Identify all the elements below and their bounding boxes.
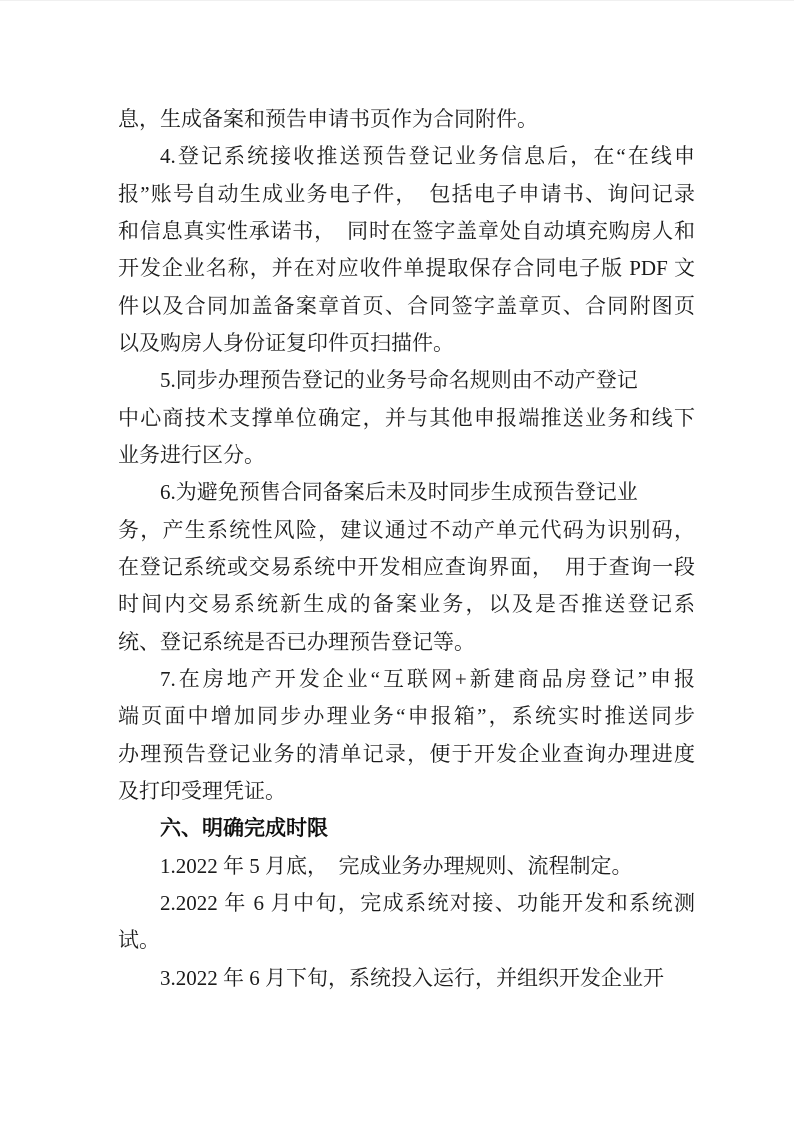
document-line: 业务进行区分。 xyxy=(118,437,695,474)
document-line: 4.登记系统接收推送预告登记业务信息后，在“在线申 xyxy=(118,138,695,175)
document-line: 在登记系统或交易系统中开发相应查询界面， 用于查询一段 xyxy=(118,549,695,586)
document-line: 息，生成备案和预告申请书页作为合同附件。 xyxy=(118,101,695,138)
document-line: 6.为避免预售合同备案后未及时同步生成预告登记业 xyxy=(118,474,695,511)
document-line: 5.同步办理预告登记的业务号命名规则由不动产登记 xyxy=(118,362,695,399)
document-line: 2.2022 年 6 月中旬，完成系统对接、功能开发和系统测 xyxy=(118,885,695,922)
document-line: 端页面中增加同步办理业务“申报箱”，系统实时推送同步 xyxy=(118,698,695,735)
document-line: 试。 xyxy=(118,922,695,959)
document-line: 时间内交易系统新生成的备案业务，以及是否推送登记系 xyxy=(118,586,695,623)
document-line: 报”账号自动生成业务电子件， 包括电子申请书、询问记录 xyxy=(118,176,695,213)
document-line: 办理预告登记业务的清单记录，便于开发企业查询办理进度 xyxy=(118,736,695,773)
document-line: 开发企业名称，并在对应收件单提取保存合同电子版 PDF 文 xyxy=(118,250,695,287)
document-line: 件以及合同加盖备案章首页、合同签字盖章页、合同附图页 xyxy=(118,288,695,325)
document-line: 及打印受理凭证。 xyxy=(118,773,695,810)
document-page: 息，生成备案和预告申请书页作为合同附件。 4.登记系统接收推送预告登记业务信息后… xyxy=(0,0,794,1122)
document-line: 1.2022 年 5 月底， 完成业务办理规则、流程制定。 xyxy=(118,848,695,885)
document-line: 7.在房地产开发企业“互联网+新建商品房登记”申报 xyxy=(118,661,695,698)
document-line: 和信息真实性承诺书， 同时在签字盖章处自动填充购房人和 xyxy=(118,213,695,250)
document-line: 统、登记系统是否已办理预告登记等。 xyxy=(118,624,695,661)
document-line: 务，产生系统性风险，建议通过不动产单元代码为识别码， xyxy=(118,512,695,549)
section-heading: 六、明确完成时限 xyxy=(118,810,695,847)
document-line: 中心商技术支撑单位确定，并与其他申报端推送业务和线下 xyxy=(118,400,695,437)
document-line: 3.2022 年 6 月下旬，系统投入运行，并组织开发企业开 xyxy=(118,960,695,997)
document-line: 以及购房人身份证复印件页扫描件。 xyxy=(118,325,695,362)
